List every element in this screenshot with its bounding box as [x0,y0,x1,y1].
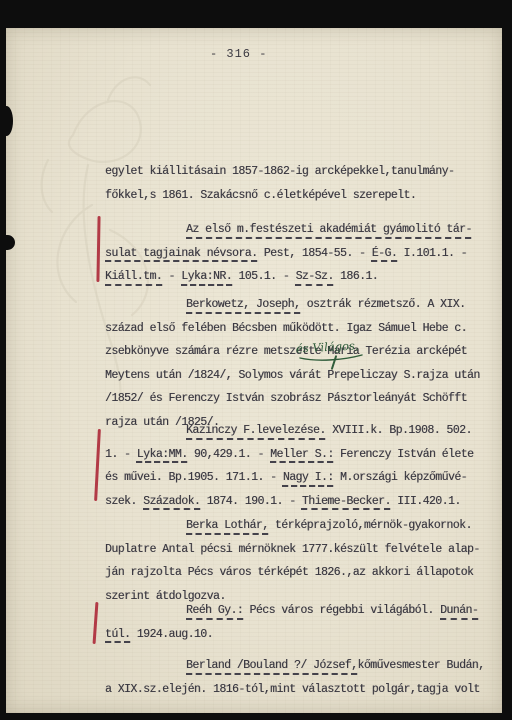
underlined-text-segment: Berkowetz, Joseph, [186,298,300,311]
text-segment: III.420.1. [391,495,461,508]
text-segment: és művei. Bp.1905. 171.1. - [105,471,283,484]
text-line: Meytens után /1824/, Solymos várát Prepe… [105,364,500,388]
paragraph-p4: Kazinczy F.levelezése. XVIII.k. Bp.1908.… [105,419,500,513]
text-segment: 1874. 190.1. - [200,495,302,508]
text-segment: térképrajzoló,mérnök-gyakornok. [269,519,472,532]
paragraph-p5: Berka Lothár, térképrajzoló,mérnök-gyako… [105,514,500,608]
text-line: Berka Lothár, térképrajzoló,mérnök-gyako… [105,514,500,538]
text-line: Reéh Gy.: Pécs város régebbi világából. … [105,599,500,623]
text-segment: osztrák rézmetsző. A XIX. [300,298,465,311]
underlined-text-segment: Dunán- [440,604,478,617]
text-line: egylet kiállitásain 1857-1862-ig arcképe… [105,160,500,184]
text-segment: 186.1. [334,270,378,283]
text-line: 1. - Lyka:MM. 90,429.1. - Meller S.: Fer… [105,443,500,467]
underlined-text-segment: Berka Lothár, [186,519,269,532]
text-segment: Meytens után /1824/, Solymos várát Prepe… [105,369,480,382]
text-segment: I.101.1. - [397,247,467,260]
text-segment: Pest, 1854-55. - [257,247,371,260]
text-segment: Pécs város régebbi világából. [243,604,440,617]
text-segment: 90,429.1. - [188,448,271,461]
text-segment: Ferenczy István élete [334,448,474,461]
underlined-text-segment: Sz-Sz. [296,270,334,283]
text-segment: zsebkönyve számára rézre metszette Mária… [105,345,467,358]
text-line: Kazinczy F.levelezése. XVIII.k. Bp.1908.… [105,419,500,443]
scanned-page: - 316 - egylet kiállitásain 1857-1862-ig… [0,0,512,720]
text-segment: - [162,270,181,283]
text-segment: /1852/ és Ferenczy István szobrász Pászt… [105,392,467,405]
underlined-text-segment: Századok. [143,495,200,508]
text-line: Az első m.festészeti akadémiát gyámolitó… [105,218,500,242]
underlined-text-segment: sulat tagjainak névsora. [105,247,257,260]
text-line: és művei. Bp.1905. 171.1. - Nagy I.: M.o… [105,466,500,490]
text-segment: egylet kiállitásain 1857-1862-ig arcképe… [105,165,454,178]
text-line: század első felében Bécsben működött. Ig… [105,317,500,341]
underlined-text-segment: Thieme-Becker. [302,495,391,508]
text-segment: ján rajzolta Pécs város térképét 1826.,a… [105,566,473,579]
text-line: Kiáll.tm. - Lyka:NR. 105.1. - Sz-Sz. 186… [105,265,500,289]
text-line: Duplatre Antal pécsi mérnöknek 1777.kész… [105,538,500,562]
text-segment: 105.1. - [232,270,296,283]
text-line: /1852/ és Ferenczy István szobrász Pászt… [105,387,500,411]
underlined-text-segment: túl. [105,628,130,641]
paragraph-p1: egylet kiállitásain 1857-1862-ig arcképe… [105,160,500,207]
paragraph-p6: Reéh Gy.: Pécs város régebbi világából. … [105,599,500,646]
text-line: ján rajzolta Pécs város térképét 1826.,a… [105,561,500,585]
underlined-text-segment: Meller S.: [270,448,334,461]
text-line: szek. Századok. 1874. 190.1. - Thieme-Be… [105,490,500,514]
paragraph-p2: Az első m.festészeti akadémiát gyámolitó… [105,218,500,289]
text-segment: főkkel,s 1861. Szakácsnő c.életképével s… [105,189,416,202]
text-segment: a XIX.sz.elején. 1816-tól,mint választot… [105,683,480,696]
text-line: főkkel,s 1861. Szakácsnő c.életképével s… [105,184,500,208]
text-line: sulat tagjainak névsora. Pest, 1854-55. … [105,242,500,266]
underlined-text-segment: É-G. [372,247,397,260]
typewritten-text: egylet kiállitásain 1857-1862-ig arcképe… [0,0,512,720]
paragraph-p3: Berkowetz, Joseph, osztrák rézmetsző. A … [105,293,500,434]
paragraph-p7: Berland /Bouland ?/ József,kőművesmester… [105,654,500,701]
text-segment: M.országi képzőművé- [334,471,467,484]
underlined-text-segment: Berland /Bouland ?/ József, [186,659,357,672]
text-line: Berkowetz, Joseph, osztrák rézmetsző. A … [105,293,500,317]
underlined-text-segment: Lyka:NR. [181,270,232,283]
text-segment: 1924.aug.10. [130,628,213,641]
text-segment: század első felében Bécsben működött. Ig… [105,322,467,335]
underlined-text-segment: Kazinczy F.levelezése. [186,424,326,437]
text-segment: XVIII.k. Bp.1908. 502. [326,424,472,437]
underlined-text-segment: Kiáll.tm. [105,270,162,283]
annotation-underline-flourish [298,353,364,362]
underlined-text-segment: Lyka:MM. [137,448,188,461]
text-line: a XIX.sz.elején. 1816-tól,mint választot… [105,678,500,702]
underlined-text-segment: Az első m.festészeti akadémiát gyámolitó… [186,223,472,236]
text-segment: 1. - [105,448,137,461]
text-line: Berland /Bouland ?/ József,kőművesmester… [105,654,500,678]
text-segment: kőművesmester Budán, [357,659,484,672]
text-segment: Duplatre Antal pécsi mérnöknek 1777.kész… [105,543,480,556]
text-line: túl. 1924.aug.10. [105,623,500,647]
text-segment: szek. [105,495,143,508]
underlined-text-segment: Reéh Gy.: [186,604,243,617]
underlined-text-segment: Nagy I.: [283,471,334,484]
